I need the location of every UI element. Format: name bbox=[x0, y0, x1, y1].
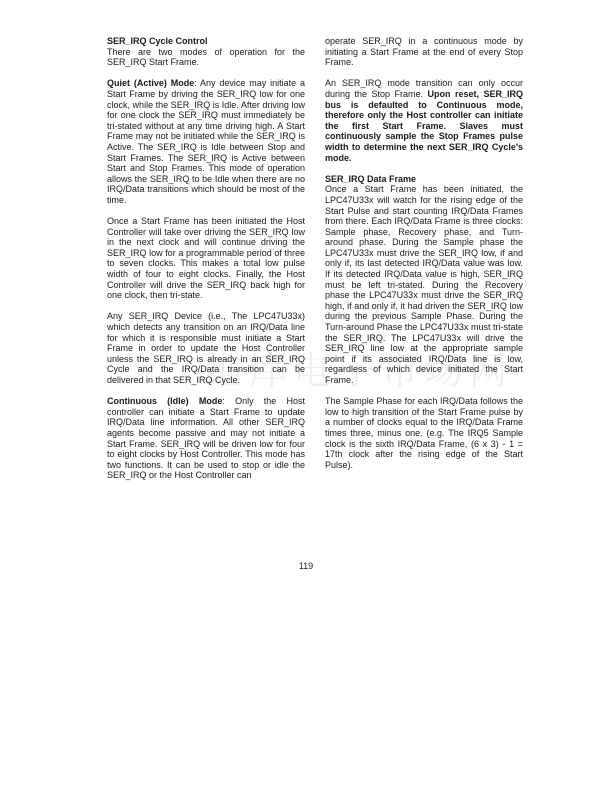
start-frame-paragraph: Once a Start Frame has been initiated th… bbox=[107, 216, 305, 301]
mode-transition-bold-text: Upon reset, SER_IRQ bus is defaulted to … bbox=[325, 89, 523, 163]
data-frame-paragraph: Once a Start Frame has been initiated, t… bbox=[325, 184, 523, 385]
quiet-mode-text: : Any device may initiate a Start Frame … bbox=[107, 78, 305, 205]
quiet-mode-paragraph: Quiet (Active) Mode: Any device may init… bbox=[107, 78, 305, 205]
page-number: 119 bbox=[0, 561, 612, 571]
continuation-paragraph: operate SER_IRQ in a continuous mode by … bbox=[325, 36, 523, 68]
continuous-mode-label: Continuous (Idle) Mode bbox=[107, 396, 222, 406]
quiet-mode-label: Quiet (Active) Mode bbox=[107, 78, 194, 88]
mode-transition-paragraph: An SER_IRQ mode transition can only occu… bbox=[325, 78, 523, 163]
sample-phase-paragraph: The Sample Phase for each IRQ/Data follo… bbox=[325, 396, 523, 470]
continuous-mode-paragraph: Continuous (Idle) Mode: Only the Host co… bbox=[107, 396, 305, 481]
left-column: SER_IRQ Cycle Control There are two mode… bbox=[107, 36, 305, 492]
continuous-mode-text: : Only the Host controller can initiate … bbox=[107, 396, 305, 480]
intro-paragraph: There are two modes of operation for the… bbox=[107, 47, 305, 68]
section-heading-data-frame: SER_IRQ Data Frame bbox=[325, 174, 523, 185]
device-paragraph: Any SER_IRQ Device (i.e., The LPC47U33x)… bbox=[107, 311, 305, 385]
right-column: operate SER_IRQ in a continuous mode by … bbox=[325, 36, 523, 481]
section-heading-cycle-control: SER_IRQ Cycle Control bbox=[107, 36, 305, 47]
